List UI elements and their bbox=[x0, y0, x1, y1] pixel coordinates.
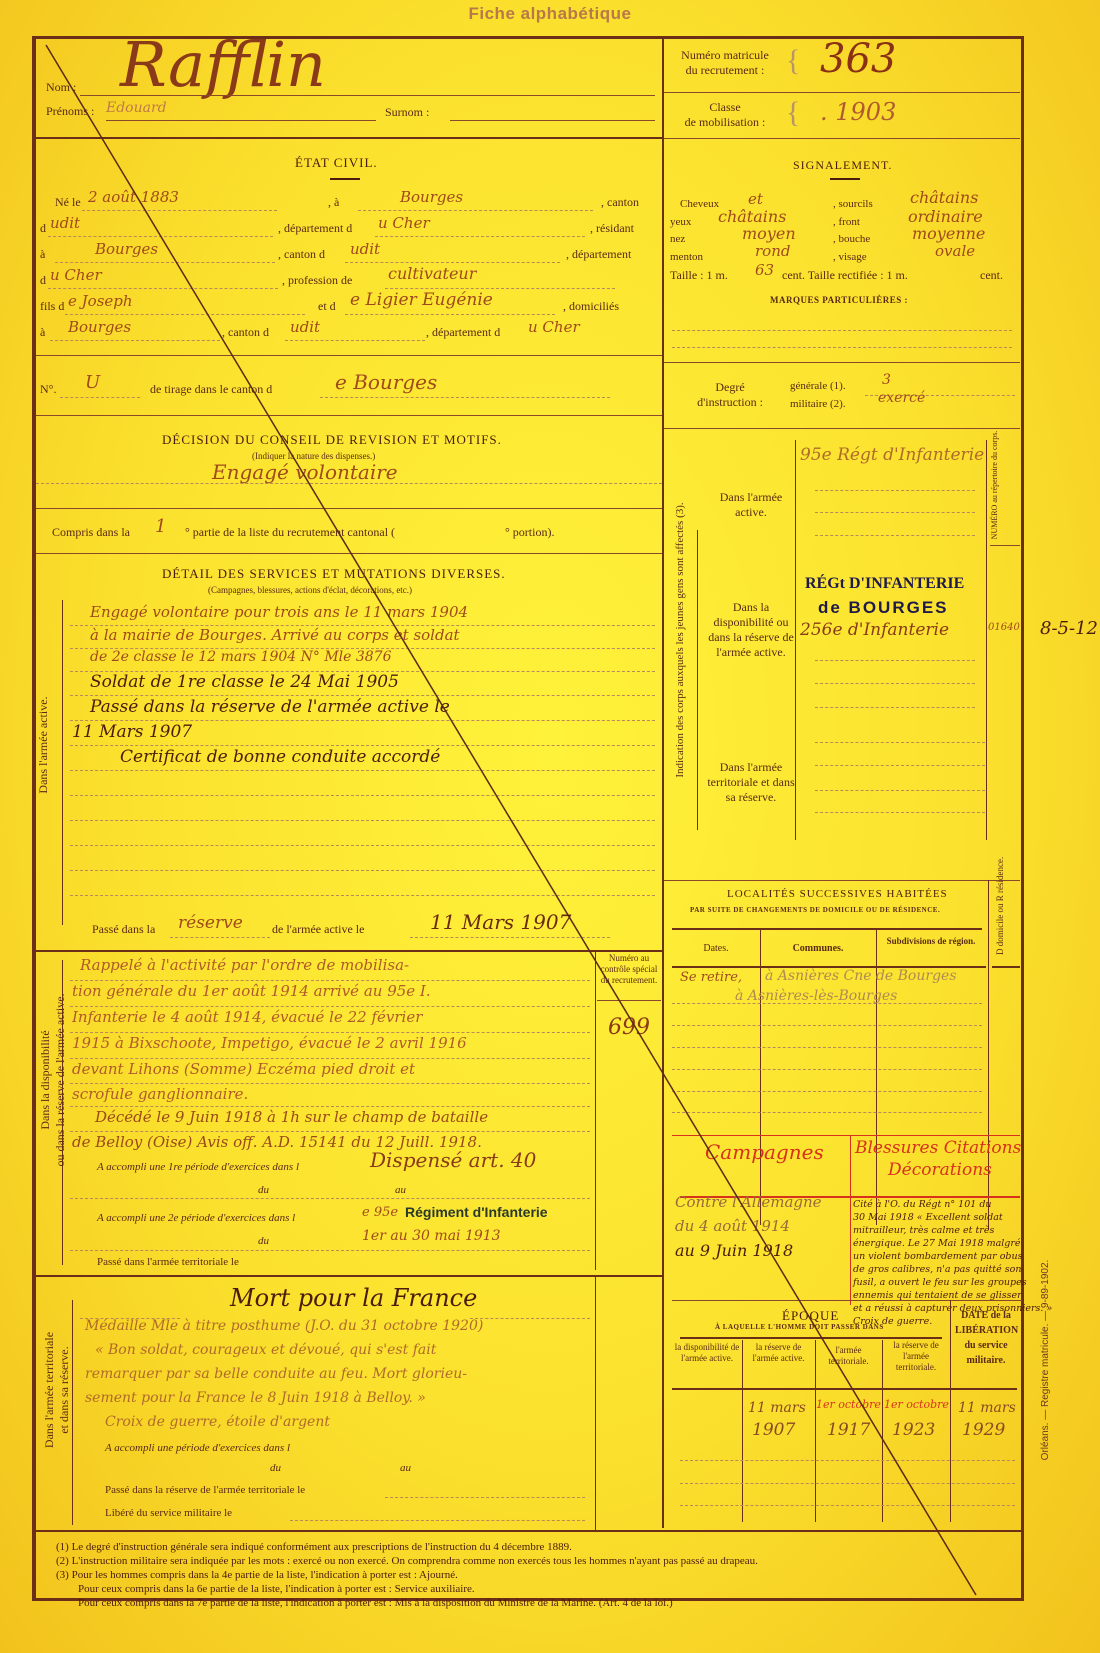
compris-label-3: ° portion). bbox=[505, 525, 554, 540]
birth-canton-value: udit bbox=[50, 214, 80, 232]
rule bbox=[70, 870, 655, 871]
localite-commune: à Asnières Cne de Bourges bbox=[765, 968, 957, 984]
detail-line: à la mairie de Bourges. Arrivé au corps … bbox=[90, 626, 460, 644]
rule bbox=[664, 92, 1020, 93]
localite-date: Se retire, bbox=[680, 970, 742, 985]
territoriale-label: Passé dans l'armée territoriale le bbox=[97, 1256, 239, 1268]
tirage-label: de tirage dans le canton d bbox=[150, 382, 272, 397]
registry-card: Fiche alphabétique Rafflin Nom : Prénoms… bbox=[0, 0, 1100, 1653]
side-label-2: et dans sa réserve. bbox=[57, 1290, 72, 1490]
rule bbox=[672, 1069, 982, 1070]
rule bbox=[60, 397, 140, 398]
footnote: (2) L'instruction militaire sera indiqué… bbox=[56, 1554, 758, 1568]
rule bbox=[672, 1091, 982, 1092]
liberation-value-1: 11 mars bbox=[958, 1400, 1016, 1416]
rule bbox=[672, 1388, 1017, 1390]
epoque-title: ÉPOQUE bbox=[782, 1308, 839, 1324]
side-label-1: Dans la disponibilité bbox=[38, 960, 53, 1200]
instruction-generale-label: générale (1). bbox=[790, 380, 846, 392]
dom-canton-label: , canton d bbox=[222, 325, 269, 340]
rule bbox=[450, 120, 655, 121]
nez-value: moyen bbox=[742, 224, 796, 243]
residence-value: Bourges bbox=[95, 240, 158, 258]
domicile-canton-value: udit bbox=[290, 318, 320, 336]
localites-title: LOCALITÉS SUCCESSIVES HABITÉES bbox=[727, 888, 948, 900]
rule bbox=[815, 490, 975, 491]
rule bbox=[70, 1198, 590, 1199]
domicile-dept-value: u Cher bbox=[528, 318, 580, 336]
rule bbox=[70, 1083, 590, 1084]
dispo-line: tion générale du 1er août 1914 arrivé au… bbox=[72, 982, 431, 1000]
du-label: du bbox=[258, 1184, 269, 1196]
blessure-line: 30 Mai 1918 « Excellent soldat bbox=[853, 1211, 1028, 1224]
side-label-2: ou dans la réserve de l'armée active. bbox=[53, 960, 68, 1200]
rule bbox=[815, 742, 985, 743]
numero-controle-value: 699 bbox=[608, 1015, 650, 1040]
compris-label-2: ° partie de la liste du recrutement cant… bbox=[185, 525, 395, 540]
rule bbox=[70, 745, 655, 746]
nom-value: Rafflin bbox=[120, 28, 326, 101]
instruction-militaire-value: exercé bbox=[878, 390, 925, 406]
classe-value: . 1903 bbox=[820, 98, 896, 126]
rule bbox=[815, 812, 985, 813]
rule bbox=[36, 483, 662, 484]
rule bbox=[672, 1112, 982, 1113]
bouche-label: , bouche bbox=[833, 233, 870, 245]
res-canton-label: , canton d bbox=[278, 247, 325, 262]
dom-dept-label: , département d bbox=[426, 325, 500, 340]
rule bbox=[385, 1497, 585, 1498]
blessure-line: énergique. Le 27 Mai 1918 malgré bbox=[853, 1237, 1028, 1250]
rule bbox=[70, 1058, 590, 1059]
periode1-value: Dispensé art. 40 bbox=[370, 1148, 536, 1172]
du-label: du bbox=[270, 1462, 281, 1474]
classe-label: Classe de mobilisation : bbox=[670, 100, 780, 130]
terr-periode-label: A accompli une période d'exercices dans … bbox=[105, 1442, 290, 1454]
rule bbox=[70, 1032, 590, 1033]
dispo-line: 1915 à Bixschoote, Impetigo, évacué le 2… bbox=[72, 1034, 467, 1052]
instruction-label-1: Degré bbox=[680, 380, 780, 395]
rule bbox=[70, 820, 655, 821]
visage-value: ovale bbox=[935, 242, 975, 260]
bracket bbox=[72, 1300, 73, 1525]
dispo-line: devant Lihons (Somme) Eczéma pied droit … bbox=[72, 1060, 415, 1078]
disponibilite-side-label: Dans la disponibilité ou dans la réserve… bbox=[38, 960, 68, 1200]
rule bbox=[815, 512, 975, 513]
rule bbox=[672, 928, 982, 930]
footnote: (3) Pour les hommes compris dans la 4e p… bbox=[56, 1568, 458, 1582]
rule bbox=[345, 262, 560, 263]
reserve-active-value-2: 1907 bbox=[752, 1420, 795, 1440]
rule bbox=[70, 1250, 590, 1251]
epoque-col-territoriale: l'armée territoriale. bbox=[815, 1345, 882, 1367]
canton-label: , canton bbox=[601, 195, 639, 210]
localites-col-subdivisions: Subdivisions de région. bbox=[876, 935, 986, 947]
menton-label: menton bbox=[670, 251, 703, 263]
territoriale-value-1: 1er octobre bbox=[816, 1398, 881, 1411]
margin-print: Orléans. — Registre matricule. — 9-89-19… bbox=[1040, 1205, 1051, 1515]
rule bbox=[992, 966, 1020, 968]
rule bbox=[375, 236, 585, 237]
res-dept-label: , département bbox=[566, 247, 631, 262]
passe-value: réserve bbox=[178, 913, 243, 933]
rule bbox=[82, 210, 277, 211]
periode1-label: A accompli une 1re période d'exercices d… bbox=[97, 1161, 299, 1173]
detail-subtitle: (Campagnes, blessures, actions d'éclat, … bbox=[208, 585, 412, 595]
infanterie-stamp-line-1: RÉGt D'INFANTERIE bbox=[805, 575, 964, 593]
periode2-value: e 95e bbox=[362, 1205, 398, 1220]
taille-rect-unit: cent. bbox=[980, 268, 1003, 283]
corps-numero-label: NUMÉRO au répertoire du corps. bbox=[990, 430, 1000, 540]
instruction-generale-value: 3 bbox=[882, 372, 891, 388]
rule bbox=[106, 120, 376, 121]
cheveux-value: et bbox=[748, 190, 763, 208]
rule bbox=[664, 880, 1020, 881]
instruction-militaire-label: militaire (2). bbox=[790, 398, 846, 410]
reserve-active-value-1: 11 mars bbox=[748, 1400, 806, 1416]
rule bbox=[80, 95, 655, 96]
fils-label: fils d bbox=[40, 299, 64, 314]
marques-label: MARQUES PARTICULIÈRES : bbox=[770, 295, 908, 305]
passe-label-2: de l'armée active le bbox=[272, 922, 364, 937]
res-a-label: à bbox=[40, 247, 45, 262]
col-divider bbox=[760, 930, 761, 1225]
rule bbox=[70, 625, 655, 626]
signalement-title: SIGNALEMENT. bbox=[793, 158, 892, 173]
tirage-no-label: N°. bbox=[40, 382, 56, 397]
detail-line: Certificat de bonne conduite accordé bbox=[120, 747, 440, 767]
localite-commune: à Asnières-lès-Bourges bbox=[735, 988, 897, 1004]
localites-col-dates: Dates. bbox=[672, 943, 760, 955]
corps-active-value: 95e Régt d'Infanterie bbox=[800, 445, 984, 465]
rule bbox=[672, 1047, 982, 1048]
rule bbox=[320, 397, 610, 398]
footnote: Pour ceux compris dans la 6e partie de l… bbox=[78, 1582, 475, 1596]
decision-title: DÉCISION DU CONSEIL DE REVISION ET MOTIF… bbox=[162, 432, 502, 448]
birth-place-value: Bourges bbox=[400, 188, 463, 206]
card-header-title: Fiche alphabétique bbox=[0, 4, 1100, 24]
rule bbox=[672, 1300, 1022, 1301]
rule bbox=[36, 1275, 662, 1277]
rule bbox=[345, 314, 555, 315]
passe-label: Passé dans la bbox=[92, 922, 155, 937]
rule bbox=[55, 262, 275, 263]
au-label: au bbox=[400, 1462, 411, 1474]
detail-title: DÉTAIL DES SERVICES ET MUTATIONS DIVERSE… bbox=[162, 566, 506, 582]
infanterie-stamp-line-2: de BOURGES bbox=[818, 598, 949, 618]
corps-dispo-numero: 01640 bbox=[988, 622, 1020, 633]
terr-line: sement pour la France le 8 Juin 1918 à B… bbox=[85, 1390, 426, 1406]
instruction-label: Degré d'instruction : bbox=[680, 380, 780, 410]
rule bbox=[70, 720, 655, 721]
classe-label-2: de mobilisation : bbox=[670, 115, 780, 130]
rule bbox=[48, 288, 278, 289]
date-liberation-divider bbox=[950, 1300, 951, 1522]
dispo-line: scrofule ganglionnaire. bbox=[72, 1085, 248, 1103]
reserve-territoriale-value-1: 1er octobre bbox=[884, 1398, 949, 1411]
surnom-label: Surnom : bbox=[385, 105, 429, 120]
reserve-territoriale-value-2: 1923 bbox=[892, 1420, 935, 1440]
dom-a-label: à bbox=[40, 325, 45, 340]
rule bbox=[815, 683, 975, 684]
epoque-subtitle: À LAQUELLE L'HOMME DOIT PASSER DANS bbox=[715, 1323, 884, 1331]
rule bbox=[664, 428, 1020, 429]
terr-line: Médaille Mle à titre posthume (J.O. du 3… bbox=[85, 1318, 483, 1334]
rule bbox=[470, 1318, 590, 1319]
ne-le-label: Né le bbox=[55, 195, 81, 210]
rule bbox=[680, 1505, 1015, 1506]
liberation-label: DATE de la LIBÉRATION du service militai… bbox=[955, 1308, 1017, 1368]
bouche-value: moyenne bbox=[912, 224, 985, 243]
compris-label: Compris dans la bbox=[52, 525, 130, 540]
nez-label: nez bbox=[670, 233, 685, 245]
residence-canton-value: udit bbox=[350, 240, 380, 258]
residant-label: , résidant bbox=[590, 221, 634, 236]
red-rule bbox=[672, 1135, 1020, 1136]
numero-divider bbox=[595, 950, 596, 1270]
red-divider bbox=[850, 1135, 851, 1305]
rule bbox=[36, 1530, 1022, 1532]
localites-col-communes: Communes. bbox=[760, 943, 876, 955]
rule bbox=[70, 648, 655, 649]
father-value: e Joseph bbox=[68, 292, 133, 310]
rule bbox=[680, 1337, 942, 1339]
terr-line: remarquer par sa belle conduite au feu. … bbox=[85, 1366, 467, 1382]
d-label: d bbox=[40, 221, 46, 236]
blessure-line: un violent bombardement par obus bbox=[853, 1250, 1028, 1263]
rule bbox=[330, 178, 360, 180]
terr-line: Croix de guerre, étoile d'argent bbox=[105, 1414, 330, 1430]
birth-dept-value: u Cher bbox=[378, 214, 430, 232]
matricule-label-2: du recrutement : bbox=[670, 63, 780, 78]
rule bbox=[410, 937, 610, 938]
dispo-line: Décédé le 9 Juin 1918 à 1h sur le champ … bbox=[95, 1108, 488, 1126]
au-label: au bbox=[395, 1184, 406, 1196]
blessure-line: Cité à l'O. du Régt n° 101 du bbox=[853, 1198, 1028, 1211]
footnote: (1) Le degré d'instruction générale sera… bbox=[56, 1540, 572, 1554]
sourcils-label: , sourcils bbox=[833, 198, 873, 210]
rule bbox=[36, 553, 662, 554]
corps-active-label: Dans l'armée active. bbox=[705, 490, 797, 520]
rule bbox=[36, 355, 662, 356]
birth-place-label: , à bbox=[328, 195, 339, 210]
taille-label: Taille : 1 m. bbox=[670, 268, 728, 283]
prenoms-label: Prénoms : bbox=[46, 104, 94, 119]
rule bbox=[664, 362, 1020, 363]
matricule-label: Numéro matricule du recrutement : bbox=[670, 48, 780, 78]
tirage-canton-value: e Bourges bbox=[335, 370, 437, 394]
detail-line: Passé dans la réserve de l'armée active … bbox=[90, 697, 450, 717]
domicilies-label: , domiciliés bbox=[563, 299, 619, 314]
dispo-line: Infanterie le 4 août 1914, évacué le 22 … bbox=[72, 1008, 422, 1026]
cheveux-label: Cheveux bbox=[680, 198, 719, 210]
rule bbox=[815, 790, 985, 791]
passe-date-value: 11 Mars 1907 bbox=[430, 910, 571, 934]
rule bbox=[990, 545, 1020, 546]
footnote: Pour ceux compris dans la 7e partie de l… bbox=[78, 1596, 673, 1610]
nom-label: Nom : bbox=[46, 80, 76, 95]
localites-dr-label: D domicile ou R résidence. bbox=[995, 880, 1005, 955]
rule bbox=[672, 330, 1012, 331]
visage-label: , visage bbox=[833, 251, 867, 263]
rule bbox=[36, 508, 662, 509]
compris-value: 1 bbox=[155, 516, 166, 537]
rule bbox=[36, 137, 662, 139]
territoriale-side-label: Dans l'armée territoriale et dans sa rés… bbox=[42, 1290, 72, 1490]
rule bbox=[672, 1003, 982, 1004]
campagnes-value-1: Contre l'Allemagne bbox=[675, 1193, 822, 1211]
taille-value: 63 bbox=[755, 261, 774, 279]
periode2-dates: 1er au 30 mai 1913 bbox=[362, 1228, 501, 1244]
bracket bbox=[62, 960, 63, 1265]
bracket bbox=[697, 530, 698, 830]
birth-date-value: 2 août 1883 bbox=[88, 188, 179, 206]
profession-value: cultivateur bbox=[388, 264, 476, 283]
yeux-label: yeux bbox=[670, 216, 691, 228]
rule bbox=[597, 1000, 661, 1001]
corps-terr-label: Dans l'armée territoriale et dans sa rés… bbox=[705, 760, 797, 805]
column-divider bbox=[662, 38, 664, 1528]
rule bbox=[815, 660, 975, 661]
tirage-no-value: U bbox=[85, 372, 100, 393]
detail-line: de 2e classe le 12 mars 1904 N° Mle 3876 bbox=[90, 649, 392, 665]
rule bbox=[170, 937, 270, 938]
decision-value: Engagé volontaire bbox=[212, 460, 398, 484]
rule bbox=[385, 288, 615, 289]
rule bbox=[65, 314, 305, 315]
matricule-label-1: Numéro matricule bbox=[670, 48, 780, 63]
blessure-line: fusil, a ouvert le feu sur les groupes bbox=[853, 1276, 1028, 1289]
liberation-value-2: 1929 bbox=[962, 1420, 1005, 1440]
blessure-line: de gros calibres, n'a pas quitté son bbox=[853, 1263, 1028, 1276]
du-label: du bbox=[258, 1235, 269, 1247]
sourcils-value: châtains bbox=[910, 188, 978, 207]
campagnes-title: Campagnes bbox=[705, 1140, 824, 1164]
terr-reserve-label: Passé dans la réserve de l'armée territo… bbox=[105, 1484, 305, 1496]
rule bbox=[815, 707, 975, 708]
libere-label: Libéré du service militaire le bbox=[105, 1507, 232, 1519]
detail-line: Engagé volontaire pour trois ans le 11 m… bbox=[90, 603, 468, 621]
res-d-label: d bbox=[40, 273, 46, 288]
campagnes-value-3: au 9 Juin 1918 bbox=[675, 1241, 793, 1260]
rule bbox=[70, 671, 655, 672]
rule bbox=[70, 895, 655, 896]
detail-side-label: Dans l'armée active. bbox=[36, 655, 51, 835]
brace: { bbox=[786, 44, 800, 78]
rule bbox=[672, 347, 1012, 348]
blessures-title-2: Décorations bbox=[888, 1160, 992, 1180]
corps-dispo-date: 8-5-12 bbox=[1040, 618, 1098, 639]
rule bbox=[36, 415, 662, 416]
campagnes-value-2: du 4 août 1914 bbox=[675, 1217, 790, 1235]
domicile-value: Bourges bbox=[68, 318, 131, 336]
front-label: , front bbox=[833, 216, 860, 228]
epoque-col-disponibilite: la disponibilité de l'armée active. bbox=[672, 1342, 742, 1364]
corps-dispo-value: 256e d'Infanterie bbox=[800, 620, 949, 640]
detail-line: 11 Mars 1907 bbox=[72, 722, 192, 742]
col-divider bbox=[815, 1340, 816, 1522]
brace: { bbox=[786, 96, 800, 130]
regiment-stamp: Régiment d'Infanterie bbox=[405, 1204, 548, 1220]
periode2-label: A accompli une 2e période d'exercices da… bbox=[97, 1212, 295, 1224]
epoque-col-reserve-territoriale: la réserve de l'armée territoriale. bbox=[882, 1340, 950, 1373]
rule bbox=[680, 1483, 1015, 1484]
classe-label-1: Classe bbox=[670, 100, 780, 115]
dept-label: , département d bbox=[278, 221, 352, 236]
rule bbox=[36, 950, 662, 952]
menton-value: rond bbox=[755, 242, 790, 260]
localites-subtitle: PAR SUITE DE CHANGEMENTS DE DOMICILE OU … bbox=[690, 906, 940, 914]
numero-controle-header: Numéro au contrôle spécial du recrutemen… bbox=[597, 953, 661, 986]
rule bbox=[358, 210, 593, 211]
territoriale-value-2: 1917 bbox=[827, 1420, 870, 1440]
rule bbox=[290, 1520, 585, 1521]
bracket bbox=[62, 600, 63, 925]
side-label-1: Dans l'armée territoriale bbox=[42, 1290, 57, 1490]
rule bbox=[664, 138, 1020, 139]
rule bbox=[70, 1131, 590, 1132]
corps-dispo-label: Dans la disponibilité ou dans la réserve… bbox=[705, 600, 797, 660]
rule bbox=[680, 1460, 1015, 1461]
col-divider bbox=[742, 1340, 743, 1522]
instruction-label-2: d'instruction : bbox=[680, 395, 780, 410]
blessures-title-1: Blessures Citations bbox=[855, 1138, 1021, 1158]
rule bbox=[50, 340, 220, 341]
rule bbox=[815, 535, 975, 536]
rule bbox=[830, 178, 860, 180]
terr-line: « Bon soldat, courageux et dévoué, qui s… bbox=[95, 1342, 436, 1358]
rule bbox=[285, 340, 425, 341]
residence-dept-value: u Cher bbox=[50, 266, 102, 284]
mother-value: e Ligier Eugénie bbox=[350, 290, 493, 310]
matricule-value: 363 bbox=[820, 36, 896, 82]
divider bbox=[595, 1275, 596, 1530]
rule bbox=[70, 1006, 590, 1007]
rule bbox=[70, 980, 590, 981]
rule bbox=[672, 1025, 982, 1026]
rule bbox=[70, 1106, 590, 1107]
rule bbox=[70, 695, 655, 696]
corps-side-label: Indication des corps auxquels les jeunes… bbox=[674, 435, 686, 845]
et-label: et d bbox=[318, 299, 336, 314]
numero-col-divider bbox=[986, 440, 987, 840]
rule bbox=[70, 795, 655, 796]
etat-civil-title: ÉTAT CIVIL. bbox=[295, 155, 378, 171]
taille-rect-label: cent. Taille rectifiée : 1 m. bbox=[782, 268, 908, 283]
prenoms-value: Edouard bbox=[106, 100, 167, 116]
detail-line: Soldat de 1re classe le 24 Mai 1905 bbox=[90, 672, 399, 692]
blessure-line: mitrailleur, très calme et très bbox=[853, 1224, 1028, 1237]
rule bbox=[815, 765, 985, 766]
profession-label: , profession de bbox=[282, 273, 352, 288]
epoque-col-reserve-active: la réserve de l'armée active. bbox=[742, 1342, 815, 1364]
rule bbox=[70, 770, 655, 771]
rule bbox=[70, 845, 655, 846]
dispo-line: Rappelé à l'activité par l'ordre de mobi… bbox=[80, 956, 409, 974]
rule bbox=[48, 236, 273, 237]
mort-pour-la-france-title: Mort pour la France bbox=[230, 1284, 477, 1312]
